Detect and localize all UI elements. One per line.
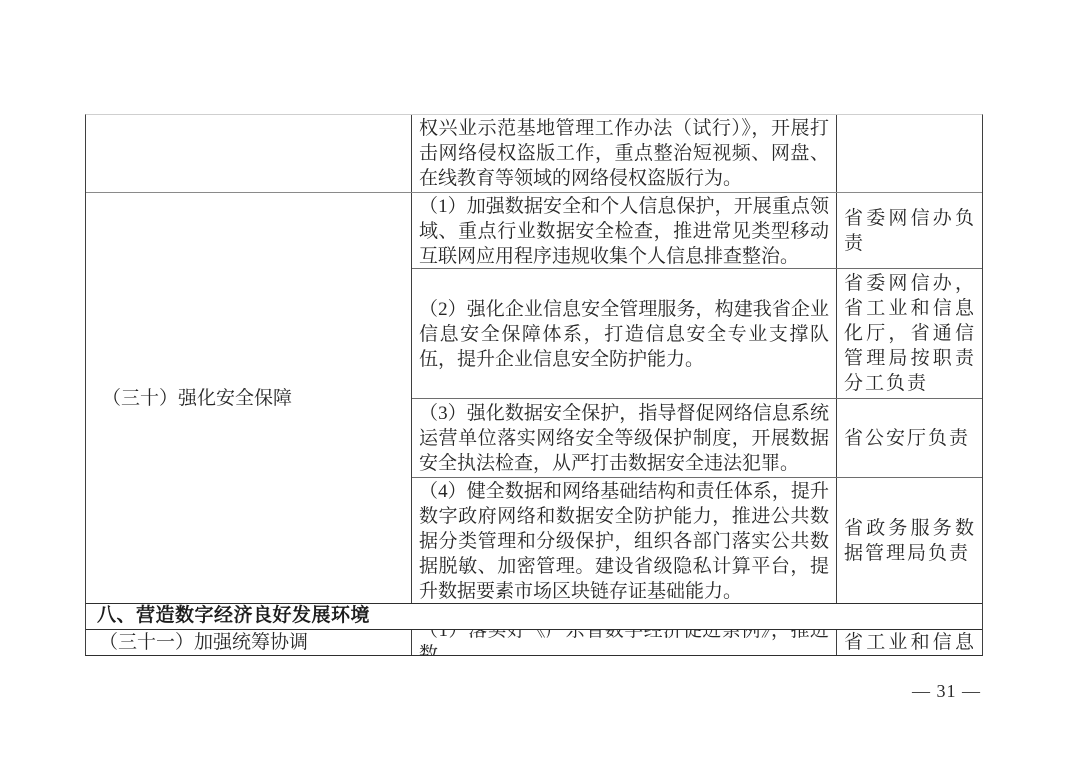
responsible-cell: 省委网信办，省工业和信息化厅，省通信管理局按职责分工负责 (837, 269, 981, 398)
task-text-section-31: （1）落实好《广东省数字经济促进条例》，推进数 (412, 630, 836, 655)
responsible-cell: 省公安厅负责 (837, 399, 981, 477)
responsible-text-item-2: 省委网信办，省工业和信息化厅，省通信管理局按职责分工负责 (837, 269, 981, 398)
task-text-item-2: （2）强化企业信息安全管理服务，构建我省企业信息安全保障体系，打造信息安全专业支… (412, 296, 836, 372)
task-cell: （1）加强数据安全和个人信息保护，开展重点领域、重点行业数据安全检查，推进常见类… (412, 193, 837, 268)
task-text-item-4: （4）健全数据和网络基础结构和责任体系，提升数字政府网络和数据安全防护能力，推进… (412, 478, 836, 603)
section-30-subrows: （1）加强数据安全和个人信息保护，开展重点领域、重点行业数据安全检查，推进常见类… (412, 193, 982, 603)
task-cell: （1）落实好《广东省数字经济促进条例》，推进数 (412, 630, 837, 655)
responsible-text-item-1: 省委网信办负责 (837, 204, 981, 258)
document-page: 权兴业示范基地管理工作办法（试行）》，开展打击网络侵权盗版工作，重点整治短视频、… (0, 0, 1080, 764)
policy-task-table: 权兴业示范基地管理工作办法（试行）》，开展打击网络侵权盗版工作，重点整治短视频、… (85, 114, 983, 656)
task-cell: 权兴业示范基地管理工作办法（试行）》，开展打击网络侵权盗版工作，重点整治短视频、… (412, 115, 837, 192)
table-row-section-8-header: 八、营造数字经济良好发展环境 (86, 604, 982, 630)
responsible-cell: 省政务服务数据管理局负责 (837, 478, 981, 603)
page-number: — 31 — (912, 681, 981, 702)
category-cell-section-31: （三十一）加强统筹协调 (86, 630, 412, 655)
subrow-item-1: （1）加强数据安全和个人信息保护，开展重点领域、重点行业数据安全检查，推进常见类… (412, 193, 982, 269)
table-row-section-30: （三十）强化安全保障 （1）加强数据安全和个人信息保护，开展重点领域、重点行业数… (86, 193, 982, 604)
responsible-text-item-4: 省政务服务数据管理局负责 (837, 514, 981, 568)
category-text-section-31: （三十一）加强统筹协调 (86, 631, 308, 655)
subrow-item-3: （3）强化数据安全保护，指导督促网络信息系统运营单位落实网络安全等级保护制度，开… (412, 399, 982, 478)
table-row-section-31: （三十一）加强统筹协调 （1）落实好《广东省数字经济促进条例》，推进数 省工业和… (86, 630, 982, 655)
subrow-item-2: （2）强化企业信息安全管理服务，构建我省企业信息安全保障体系，打造信息安全专业支… (412, 269, 982, 399)
responsible-cell: 省工业和信息 (837, 630, 981, 655)
category-cell-section-30: （三十）强化安全保障 (86, 193, 412, 603)
responsible-cell: 省委网信办负责 (837, 193, 981, 268)
section-8-header-text: 八、营造数字经济良好发展环境 (86, 604, 982, 629)
task-cell: （4）健全数据和网络基础结构和责任体系，提升数字政府网络和数据安全防护能力，推进… (412, 478, 837, 603)
responsible-text-section-31: 省工业和信息 (837, 631, 981, 655)
task-cell: （3）强化数据安全保护，指导督促网络信息系统运营单位落实网络安全等级保护制度，开… (412, 399, 837, 477)
category-cell-empty (86, 115, 412, 192)
task-text-item-3: （3）强化数据安全保护，指导督促网络信息系统运营单位落实网络安全等级保护制度，开… (412, 400, 836, 476)
task-text-continuation: 权兴业示范基地管理工作办法（试行）》，开展打击网络侵权盗版工作，重点整治短视频、… (412, 115, 836, 191)
responsible-text-item-3: 省公安厅负责 (837, 424, 975, 453)
category-text-section-30: （三十）强化安全保障 (86, 386, 292, 411)
table-row-continuation: 权兴业示范基地管理工作办法（试行）》，开展打击网络侵权盗版工作，重点整治短视频、… (86, 115, 982, 193)
responsible-cell-empty (837, 115, 981, 192)
subrow-item-4: （4）健全数据和网络基础结构和责任体系，提升数字政府网络和数据安全防护能力，推进… (412, 478, 982, 603)
task-cell: （2）强化企业信息安全管理服务，构建我省企业信息安全保障体系，打造信息安全专业支… (412, 269, 837, 398)
task-text-item-1: （1）加强数据安全和个人信息保护，开展重点领域、重点行业数据安全检查，推进常见类… (412, 193, 836, 268)
